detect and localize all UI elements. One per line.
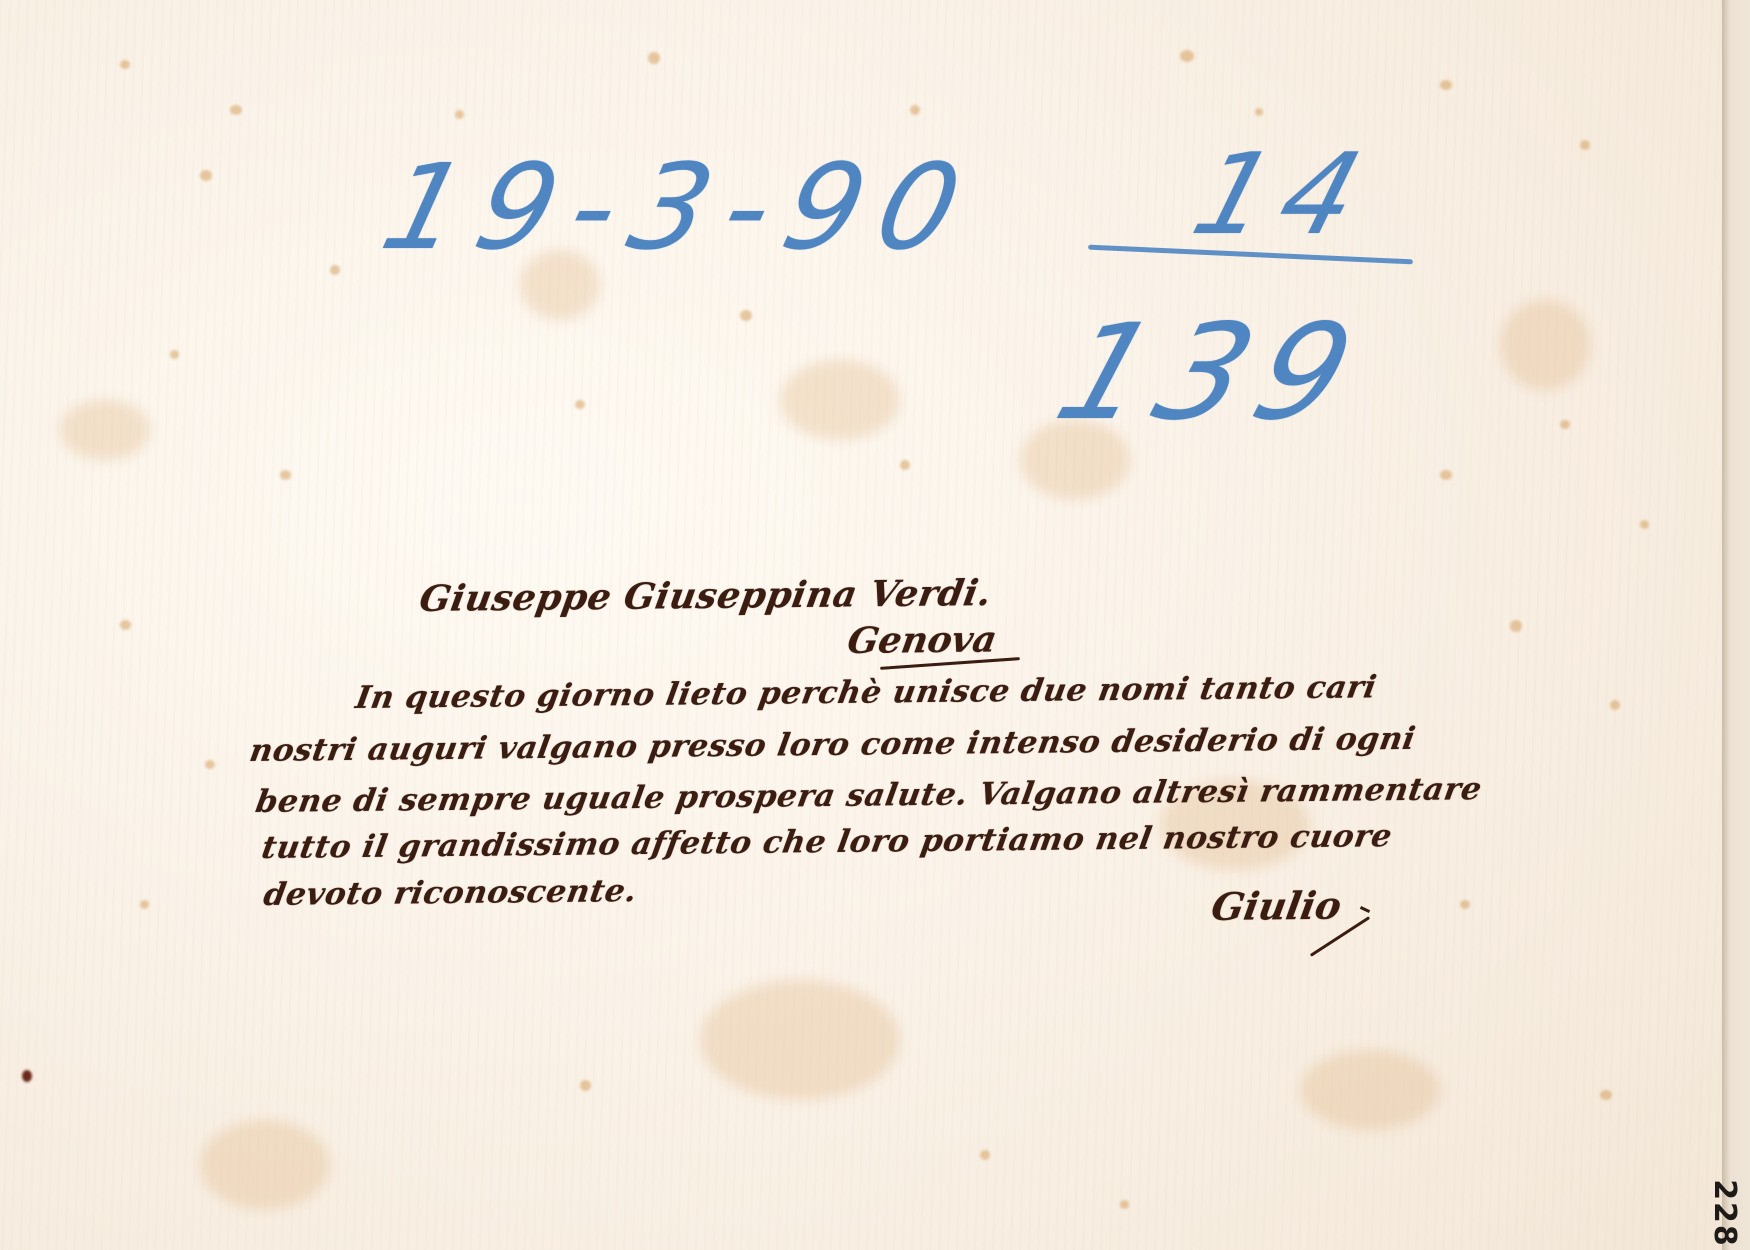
letter-recipients: Giuseppe Giuseppina Verdi. [417, 572, 995, 620]
folio-denominator: 139 [1040, 296, 1384, 450]
letter-body-line-5: devoto riconoscente. [261, 873, 640, 913]
letter-signature: Giulio [1208, 883, 1344, 929]
letter-city: Genova [845, 618, 1000, 662]
archive-page-number: 228 [1707, 1179, 1742, 1248]
paper-edge [1722, 0, 1750, 1250]
pencil-date-annotation: 19-3-90 [370, 138, 991, 276]
